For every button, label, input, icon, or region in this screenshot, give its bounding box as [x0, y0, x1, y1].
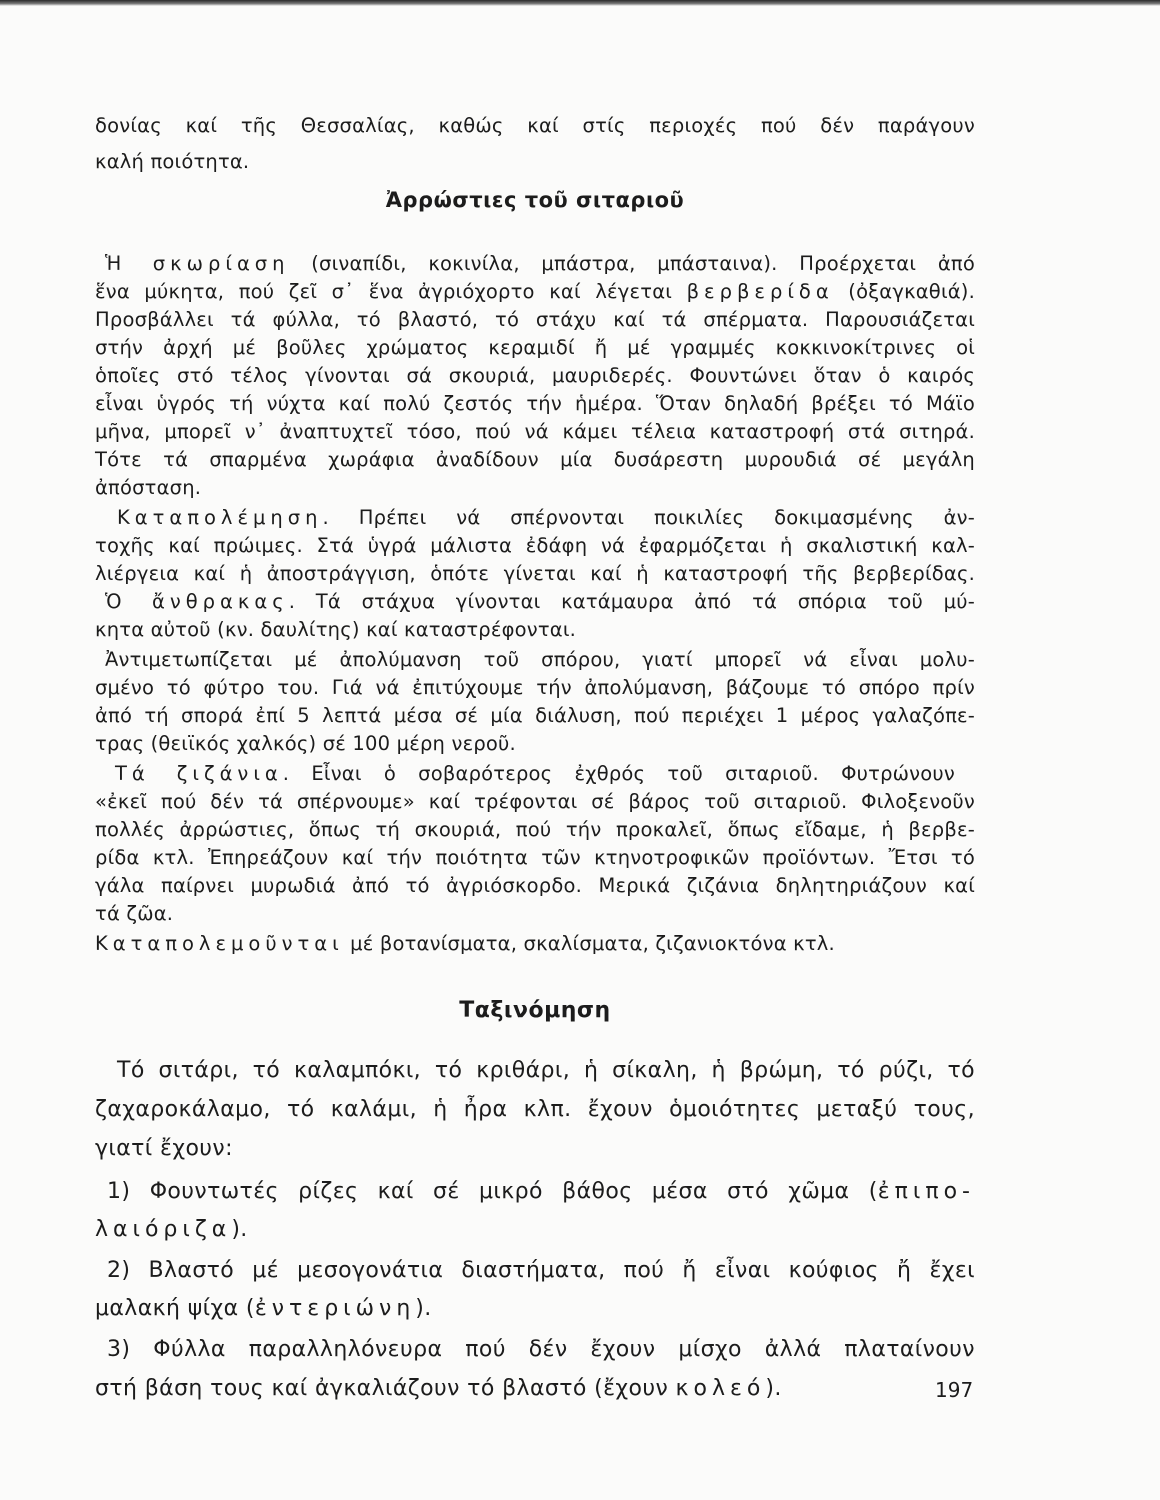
- text-line: τά ζῶα.: [95, 900, 975, 928]
- text: μέ βοτανίσματα, σκαλίσματα, ζιζανιοκτόνα…: [344, 932, 835, 955]
- text-line: ἀπό τή σπορά ἐπί 5 λεπτά μέσα σέ μία διά…: [95, 702, 975, 730]
- term: Ὁ ἄνθρακας: [105, 590, 289, 613]
- term: ἐπιπο-: [878, 1179, 975, 1204]
- text: 1) Φουντωτές ρίζες καί σέ μικρό βάθος μέ…: [107, 1179, 878, 1204]
- term: κολεό: [676, 1376, 766, 1401]
- text-line: λιέργεια καί ἡ ἀποστράγγιση, ὁπότε γίνετ…: [95, 560, 975, 588]
- text: (σιναπίδι, κοκινίλα, μπάστρα, μπάσταινα)…: [290, 252, 975, 275]
- text: . Πρέπει νά σπέρνονται ποικιλίες δοκιμασ…: [322, 506, 975, 529]
- section-title-diseases: Ἀρρώστιες τοῦ σιταριοῦ: [95, 188, 975, 212]
- scan-top-edge: [0, 0, 1160, 6]
- text: ).: [415, 1296, 431, 1321]
- text-line: Ἀντιμετωπίζεται μέ ἀπολύμανση τοῦ σπόρου…: [95, 646, 975, 674]
- text-line: σμένο τό φύτρο του. Γιά νά ἐπιτύχουμε τή…: [95, 674, 975, 702]
- text-line: δονίας καί τῆς Θεσσαλίας, καθώς καί στίς…: [95, 112, 975, 140]
- text-line: ὁποῖες στό τέλος γίνονται σά σκουριά, μα…: [95, 362, 975, 390]
- section-title-classification: Ταξινόμηση: [95, 998, 975, 1023]
- text-line: τοχῆς καί πρώιμες. Στά ὑγρά μάλιστα ἐδάφ…: [95, 532, 975, 560]
- text-line: εἶναι ὑγρός τή νύχτα καί πολύ ζεστός τήν…: [95, 390, 975, 418]
- text-line: γιατί ἔχουν:: [95, 1133, 975, 1165]
- text: ).: [231, 1217, 247, 1242]
- term: ἐντεριώνη: [255, 1296, 415, 1321]
- text: ἕνα μύκητα, πού ζεῖ σ᾽ ἕνα ἀγριόχορτο κα…: [95, 280, 687, 303]
- text-line: «ἐκεῖ πού δέν τά σπέρνουμε» καί τρέφοντα…: [95, 788, 975, 816]
- text: ).: [765, 1376, 781, 1401]
- term: Τά ζιζάνια: [115, 762, 283, 785]
- text-line: ἕνα μύκητα, πού ζεῖ σ᾽ ἕνα ἀγριόχορτο κα…: [95, 278, 975, 306]
- text-line: Τό σιτάρι, τό καλαμπόκι, τό κριθάρι, ἡ σ…: [95, 1055, 975, 1087]
- text-line: 2) Βλαστό μέ μεσογονάτια διαστήματα, πού…: [95, 1255, 975, 1287]
- text-line: 1) Φουντωτές ρίζες καί σέ μικρό βάθος μέ…: [95, 1176, 975, 1208]
- text-line: γάλα παίρνει μυρωδιά ἀπό τό ἀγριόσκορδο.…: [95, 872, 975, 900]
- text-line: Τά ζιζάνια. Εἶναι ὁ σοβαρότερος ἐχθρός τ…: [95, 760, 955, 788]
- text: . Εἶναι ὁ σοβαρότερος ἐχθρός τοῦ σιταριο…: [283, 762, 955, 785]
- text: στή βάση τους καί ἀγκαλιάζουν τό βλαστό …: [95, 1376, 676, 1401]
- page-number: 197: [935, 1378, 973, 1402]
- text-line: Ὁ ἄνθρακας. Τά στάχυα γίνονται κατάμαυρα…: [95, 588, 975, 616]
- text-line: μαλακή ψίχα (ἐντεριώνη).: [95, 1293, 975, 1325]
- term: Καταπολεμοῦνται: [95, 932, 344, 955]
- term: λαιόριζα: [95, 1217, 231, 1242]
- term: Καταπολέμηση: [117, 506, 322, 529]
- text-line: Τότε τά σπαρμένα χωράφια ἀναδίδουν μία δ…: [95, 446, 975, 474]
- text-line: Καταπολέμηση. Πρέπει νά σπέρνονται ποικι…: [95, 504, 975, 532]
- text-line: Προσβάλλει τά φύλλα, τό βλαστό, τό στάχυ…: [95, 306, 975, 334]
- text-line: ζαχαροκάλαμο, τό καλάμι, ἡ ἦρα κλπ. ἔχου…: [95, 1094, 975, 1126]
- text: (ὀξαγκαθιά).: [834, 280, 975, 303]
- text-line: Καταπολεμοῦνται μέ βοτανίσματα, σκαλίσμα…: [95, 930, 975, 958]
- text-line: στή βάση τους καί ἀγκαλιάζουν τό βλαστό …: [95, 1373, 975, 1405]
- text-line: Ἡ σκωρίαση (σιναπίδι, κοκινίλα, μπάστρα,…: [95, 250, 975, 278]
- term: Ἡ σκωρίαση: [105, 252, 290, 275]
- text-line: ἀπόσταση.: [95, 474, 975, 502]
- text-line: λαιόριζα).: [95, 1214, 975, 1246]
- text: . Τά στάχυα γίνονται κατάμαυρα ἀπό τά σπ…: [289, 590, 975, 613]
- text-line: 3) Φύλλα παραλληλόνευρα πού δέν ἔχουν μί…: [95, 1334, 975, 1366]
- text-line: μῆνα, μπορεῖ ν᾽ ἀναπτυχτεῖ τόσο, πού νά …: [95, 418, 975, 446]
- text-line: πολλές ἀρρώστιες, ὅπως τή σκουριά, πού τ…: [95, 816, 975, 844]
- term: βερβερίδα: [687, 280, 834, 303]
- text-line: τρας (θειϊκός χαλκός) σέ 100 μέρη νεροῦ.: [95, 730, 975, 758]
- text-line: ρίδα κτλ. Ἐπηρεάζουν καί τήν ποιότητα τῶ…: [95, 844, 975, 872]
- text-line: κητα αὐτοῦ (κν. δαυλίτης) καί καταστρέφο…: [95, 616, 975, 644]
- text-line: στήν ἀρχή μέ βοῦλες χρώματος κεραμιδί ἤ …: [95, 334, 975, 362]
- text-line: καλή ποιότητα.: [95, 148, 975, 176]
- text: μαλακή ψίχα (: [95, 1296, 255, 1321]
